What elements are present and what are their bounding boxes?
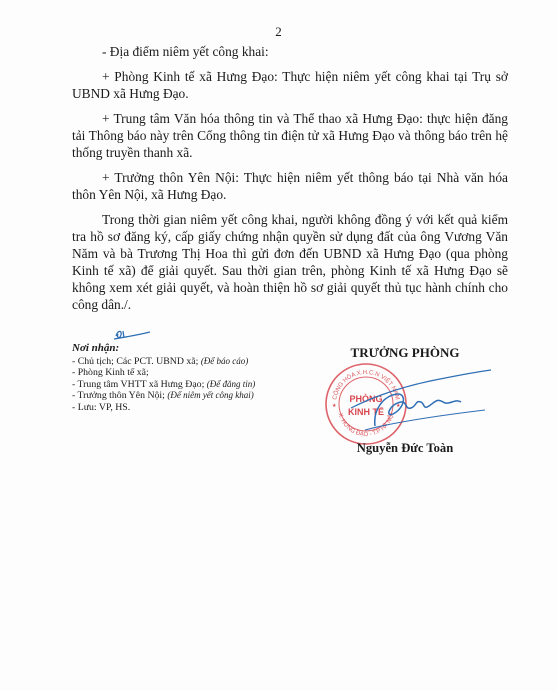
signer-name: Nguyễn Đức Toàn bbox=[330, 441, 480, 456]
document-body: - Địa điểm niêm yết công khai: + Phòng K… bbox=[72, 43, 508, 321]
recipient-item: - Phòng Kinh tế xã; bbox=[72, 367, 255, 379]
handwritten-signature-icon bbox=[345, 368, 495, 438]
initial-mark-icon bbox=[112, 326, 152, 342]
recipients-title: Nơi nhận: bbox=[72, 343, 255, 355]
recipient-item: - Lưu: VP, HS. bbox=[72, 402, 255, 414]
closing-paragraph: Trong thời gian niêm yết công khai, ngườ… bbox=[72, 211, 508, 313]
location-heading: - Địa điểm niêm yết công khai: bbox=[72, 43, 508, 60]
location-item-1: + Phòng Kinh tế xã Hưng Đạo: Thực hiện n… bbox=[72, 68, 508, 102]
page-number: 2 bbox=[0, 24, 557, 40]
signer-title: TRƯỞNG PHÒNG bbox=[330, 345, 480, 361]
recipient-item: - Trung tâm VHTT xã Hưng Đạo; (Để đăng t… bbox=[72, 379, 255, 391]
recipients-block: Nơi nhận: - Chủ tịch; Các PCT. UBND xã; … bbox=[72, 343, 255, 414]
svg-text:★: ★ bbox=[332, 403, 337, 409]
recipient-item: - Trưởng thôn Yên Nội; (Để niêm yết công… bbox=[72, 390, 255, 402]
location-item-3: + Trưởng thôn Yên Nội: Thực hiện niêm yế… bbox=[72, 169, 508, 203]
location-item-2: + Trung tâm Văn hóa thông tin và Thể tha… bbox=[72, 110, 508, 161]
recipient-item: - Chủ tịch; Các PCT. UBND xã; (Để báo cá… bbox=[72, 356, 255, 368]
